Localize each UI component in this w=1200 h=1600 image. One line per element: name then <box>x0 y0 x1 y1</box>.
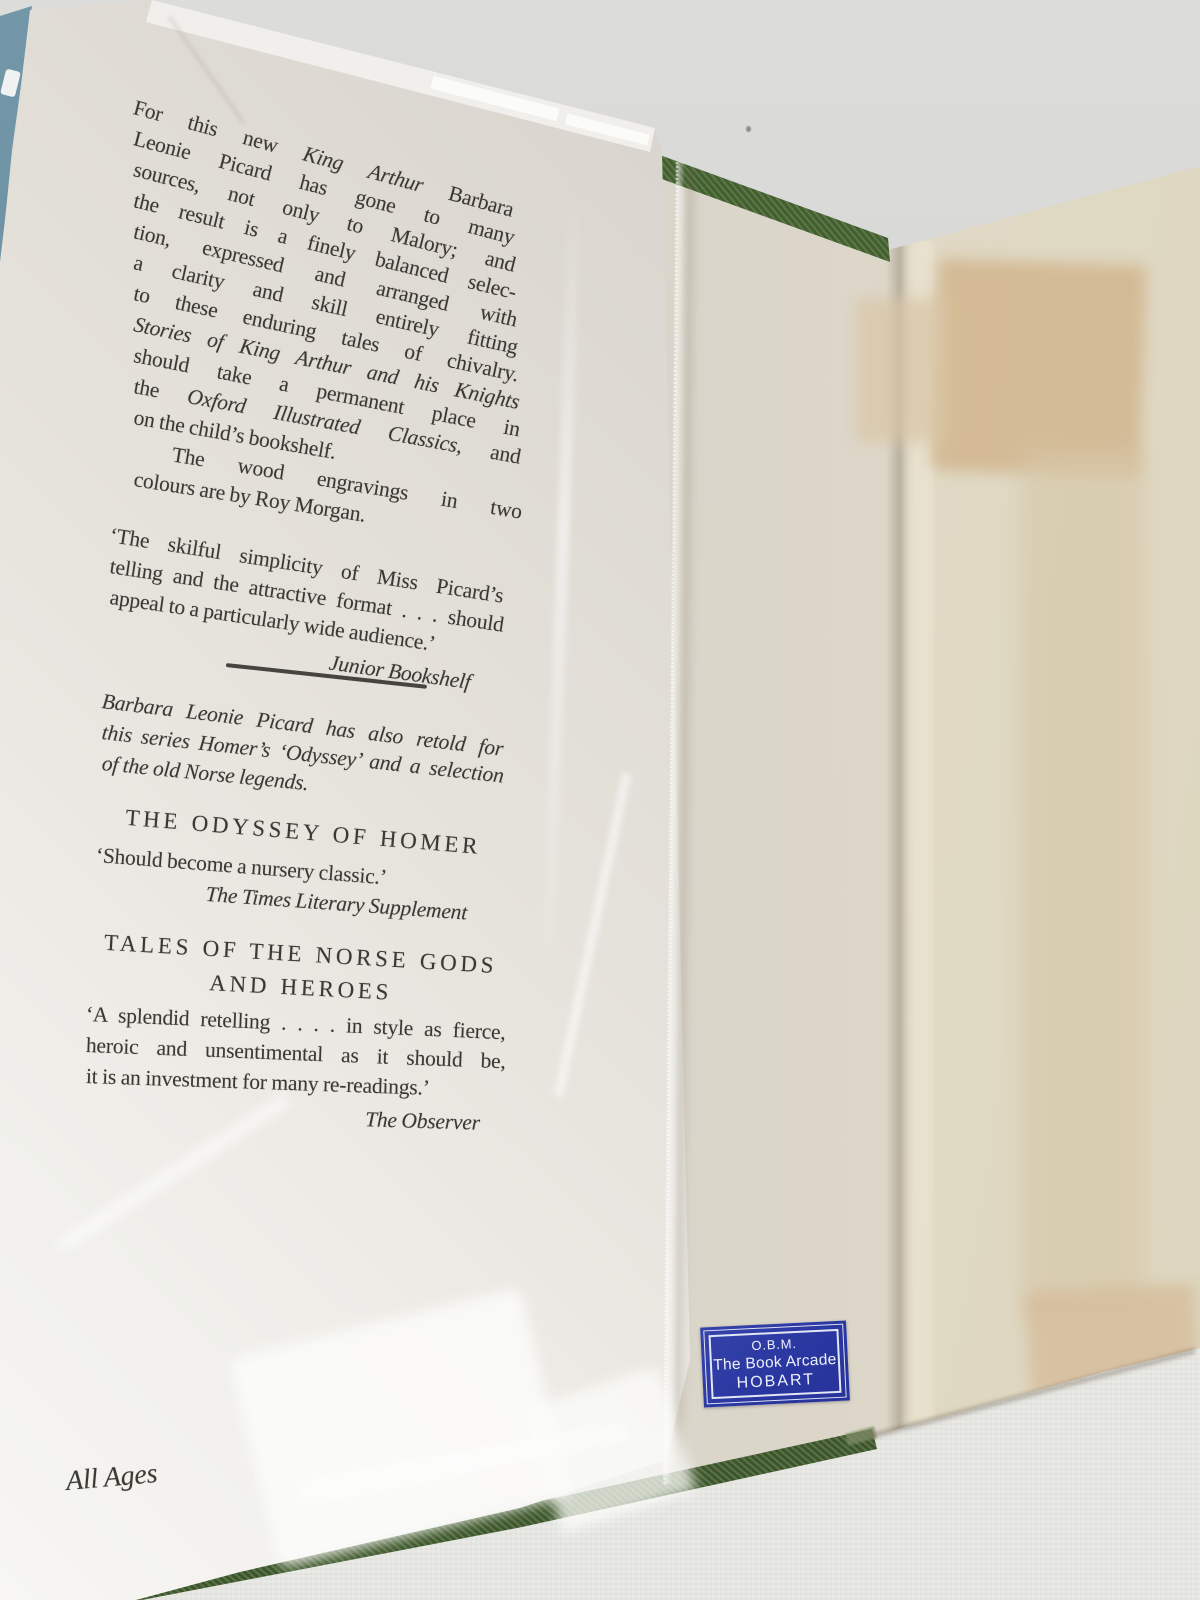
heading-odyssey-of-homer: THE ODYSSEY OF HOMER <box>116 799 492 834</box>
photo-of-open-book: For this new King Arthur BarbaraLeonie P… <box>0 0 1200 1600</box>
heading-tales-of-norse-gods: TALES OF THE NORSE GODSAND HEROES <box>92 924 510 994</box>
review-quote-observer: ‘A splendid retelling . . . . in style a… <box>86 999 506 1127</box>
also-retold-note: Barbara Leonie Picard has also retold fo… <box>102 686 506 779</box>
flap-blurb-paragraphs: For this new King Arthur BarbaraLeonie P… <box>134 92 527 495</box>
review-quote-junior-bookshelf: ‘The skilful simplicity of Miss Picard’s… <box>110 520 508 648</box>
sticker-inner-border: O.B.M. The Book Arcade HOBART <box>709 1329 842 1399</box>
review-quote-times-literary-supplement: ‘Should become a nursery classic.’The Ti… <box>96 840 510 902</box>
tan-stain-vertical-band <box>1022 450 1144 1320</box>
bookseller-sticker: O.B.M. The Book Arcade HOBART <box>700 1320 850 1407</box>
tan-stain-top <box>931 258 1146 477</box>
background-speck <box>746 126 751 132</box>
tan-stain-top-left <box>856 298 948 443</box>
sticker-city: HOBART <box>736 1370 815 1393</box>
